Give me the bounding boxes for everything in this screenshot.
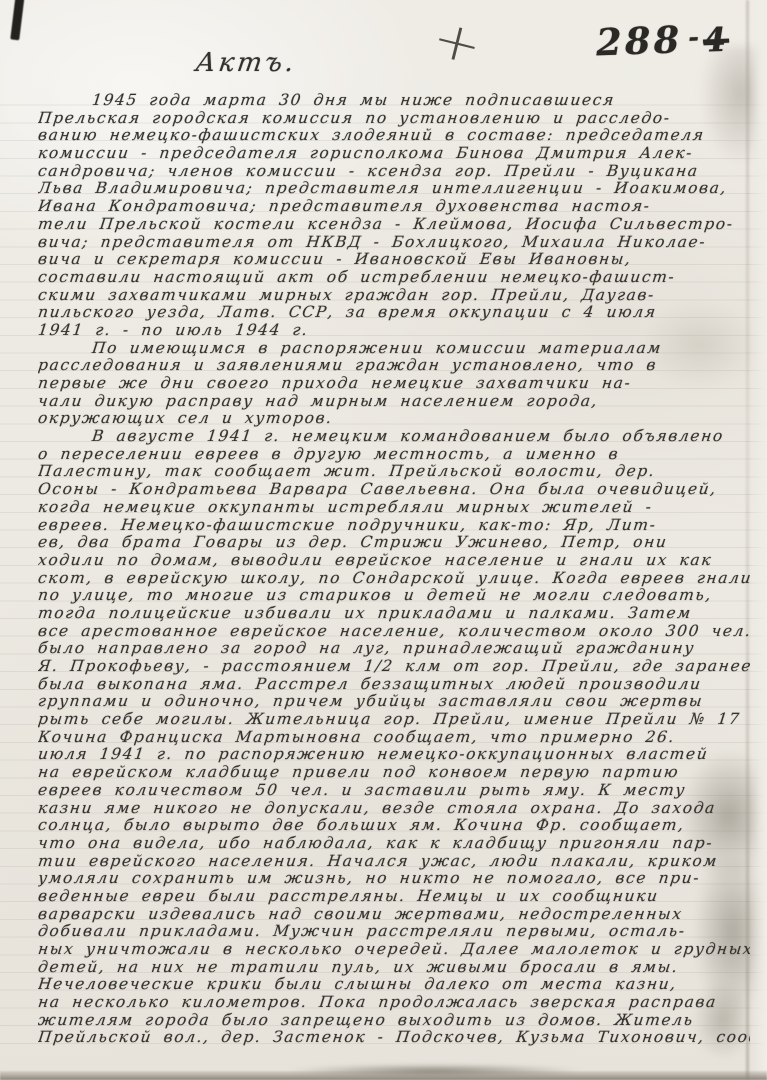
document-title: Актъ. — [194, 48, 299, 78]
paragraph: В августе 1941 г. немецким командованием… — [38, 428, 750, 1047]
handwritten-line: Прельская городская комиссия по установл… — [38, 110, 750, 128]
handwritten-line: ев, два брата Говары из дер. Стрижи Ужин… — [38, 534, 750, 552]
handwritten-line: Нечеловеческие крики были слышны далеко … — [38, 976, 750, 994]
handwritten-line: евреев количеством 50 чел. и заставили р… — [38, 782, 750, 800]
handwritten-line: расследования и заявлениями граждан уста… — [38, 357, 750, 375]
handwritten-line: евреев. Немецко-фашистские подручники, к… — [38, 517, 750, 535]
handwritten-line: вича; представителя от НКВД - Бохлицкого… — [38, 234, 750, 252]
handwritten-line: вича и секретаря комиссии - Ивановской Е… — [38, 251, 750, 269]
handwritten-line: на еврейском кладбище привели под конвое… — [38, 764, 750, 782]
handwritten-line: группами и одиночно, причем убийцы заста… — [38, 693, 750, 711]
handwritten-line: В августе 1941 г. немецким командованием… — [38, 428, 750, 446]
handwritten-line: умоляли сохранить им жизнь, но никто не … — [38, 870, 750, 888]
handwritten-line: чали дикую расправу над мирным население… — [38, 393, 750, 411]
handwritten-line: рыть себе могилы. Жительница гор. Прейли… — [38, 711, 750, 729]
handwritten-line: окружающих сел и хуторов. — [38, 410, 750, 428]
handwritten-line: Прейльской вол., дер. Застенок - Подскоч… — [38, 1029, 750, 1047]
handwritten-line: тели Прельской костели ксендза - Клеймов… — [38, 216, 750, 234]
handwritten-line: ванию немецко-фашистских злодеяний в сос… — [38, 127, 750, 145]
handwritten-line: тии еврейского населения. Начался ужас, … — [38, 853, 750, 871]
archival-page-number: 288-4 — [595, 16, 729, 65]
handwritten-line: комиссии - председателя горисполкома Бин… — [38, 145, 750, 163]
handwritten-line: скими захватчиками мирных граждан гор. П… — [38, 287, 750, 305]
handwritten-line: добивали прикладами. Мужчин расстреляли … — [38, 923, 750, 941]
scan-corner-mark — [10, 0, 25, 40]
handwritten-line: первые же дни своего прихода немецкие за… — [38, 375, 750, 393]
pencil-plus-mark: + — [426, 6, 488, 77]
handwritten-line: тогда полицейские избивали их прикладами… — [38, 605, 750, 623]
scanned-page: + 288-4 Актъ. 1945 года марта 30 дня мы … — [0, 0, 767, 1080]
handwritten-line: все арестованное еврейское население, ко… — [38, 623, 750, 641]
struck-number: 4 — [702, 20, 729, 60]
handwritten-line: Я. Прокофьеву, - расстоянием 1/2 клм от … — [38, 658, 750, 676]
handwritten-line: Осоны - Кондратьева Варвара Савельевна. … — [38, 481, 750, 499]
handwritten-line: было направлено за город на луг, принадл… — [38, 640, 750, 658]
handwritten-line: Кочина Франциска Мартыновна сообщает, чт… — [38, 729, 750, 747]
handwritten-line: солнца, было вырыто две больших ям. Кочи… — [38, 817, 750, 835]
document-body: 1945 года марта 30 дня мы ниже подписавш… — [38, 92, 750, 1058]
handwritten-line: составили настоящий акт об истреблении н… — [38, 269, 750, 287]
handwritten-line: 1945 года марта 30 дня мы ниже подписавш… — [38, 92, 750, 110]
handwritten-line: казни яме никого не допускали, везде сто… — [38, 800, 750, 818]
handwritten-line: Ивана Кондратовича; представителя духове… — [38, 198, 750, 216]
handwritten-line: веденные евреи были расстреляны. Немцы и… — [38, 888, 750, 906]
scan-edge — [750, 0, 767, 1080]
handwritten-line: ходили по домам, выводили еврейское насе… — [38, 552, 750, 570]
handwritten-line: жителям города было запрещено выходить и… — [38, 1012, 750, 1030]
handwritten-line: По имеющимся в распоряжении комиссии мат… — [38, 340, 750, 358]
handwritten-line: пильского уезда, Латв. ССР, за время окк… — [38, 304, 750, 322]
paragraph: 1945 года марта 30 дня мы ниже подписавш… — [38, 92, 750, 340]
handwritten-line: детей, на них не тратили пуль, их живыми… — [38, 959, 750, 977]
handwritten-line: сандровича; членов комиссии - ксендза го… — [38, 163, 750, 181]
paragraph: По имеющимся в распоряжении комиссии мат… — [38, 340, 750, 428]
handwritten-line: на несколько километров. Пока продолжала… — [38, 994, 750, 1012]
handwritten-line: что она видела, ибо наблюдала, как к кла… — [38, 835, 750, 853]
handwritten-line: ных уничтожали в несколько очередей. Дал… — [38, 941, 750, 959]
scan-bottom-edge — [0, 1071, 767, 1080]
page-number-value: 288 — [595, 17, 683, 64]
page-number-separator: - — [688, 23, 703, 53]
handwritten-line: по улице, то многие из стариков и детей … — [38, 587, 750, 605]
handwritten-line: 1941 г. - по июль 1944 г. — [38, 322, 750, 340]
handwritten-line: Палестину, так сообщает жит. Прейльской … — [38, 463, 750, 481]
handwritten-line: была выкопана яма. Расстрел беззащитных … — [38, 676, 750, 694]
handwritten-line: Льва Владимировича; представителя интелл… — [38, 180, 750, 198]
handwritten-line: варварски издевались над своими жертвами… — [38, 906, 750, 924]
handwritten-line: скот, в еврейскую школу, по Сондарской у… — [38, 570, 750, 588]
handwritten-line: когда немецкие оккупанты истребляли мирн… — [38, 499, 750, 517]
handwritten-line: июля 1941 г. по распоряжению немецко-окк… — [38, 746, 750, 764]
handwritten-line: о переселении евреев в другую местность,… — [38, 446, 750, 464]
